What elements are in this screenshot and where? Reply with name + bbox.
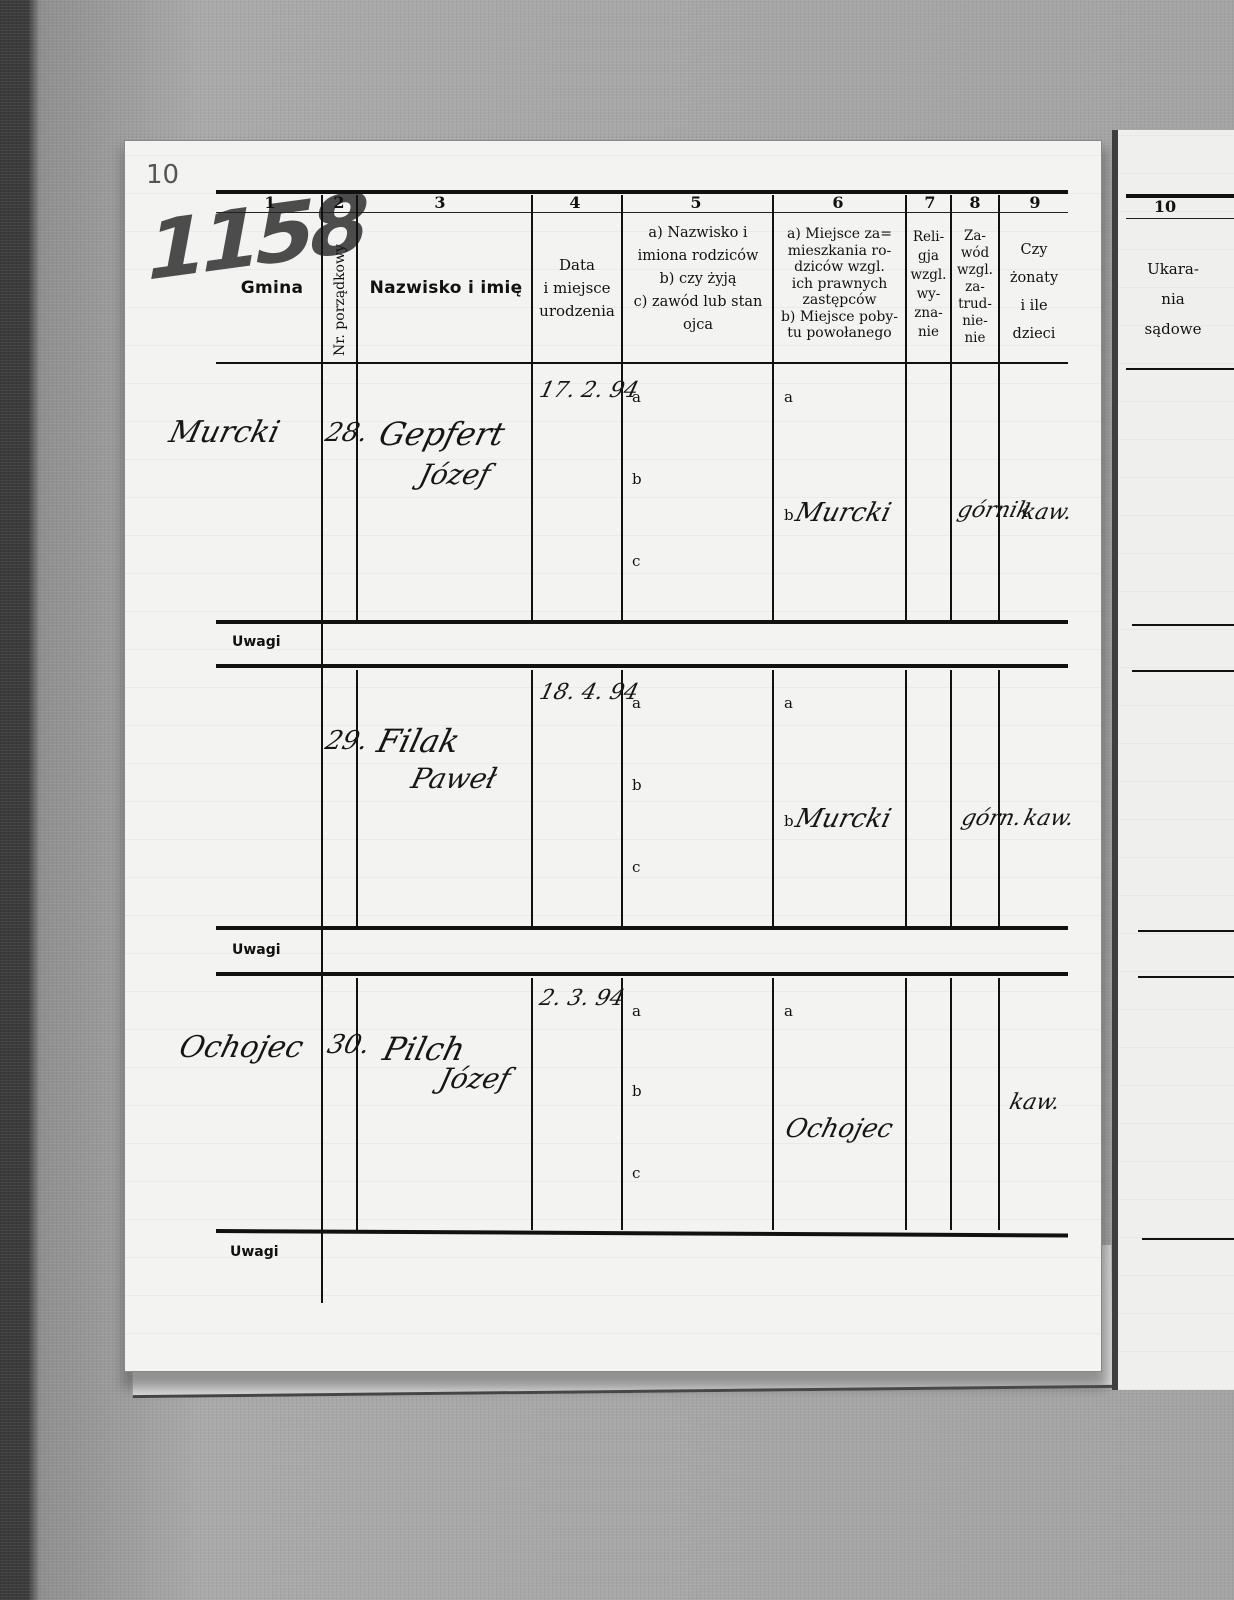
- subfield-b: b: [784, 812, 794, 830]
- col-number-2: 2: [326, 193, 352, 212]
- col-number-10: 10: [1140, 197, 1190, 216]
- remarks-label: Uwagi: [232, 942, 281, 958]
- header-line: trud-: [951, 296, 999, 313]
- entry-occupation: górn.: [959, 806, 1024, 831]
- header-line: dzieci: [1000, 320, 1068, 348]
- facing-header-bottom-rule: [1126, 368, 1234, 370]
- col-header-religion: Reli- gja wzgl. wy- zna- nie: [906, 228, 951, 342]
- facing-rule: [1138, 930, 1234, 932]
- entry-birth-date: 17. 2. 94: [537, 378, 641, 403]
- facing-rule: [1142, 1238, 1234, 1240]
- col-header-residence: a) Miejsce za= mieszkania ro- dziców wzg…: [773, 226, 906, 342]
- header-line: Data: [533, 254, 621, 277]
- entry-given-name: Józef: [416, 458, 494, 491]
- subfield-a: a: [784, 1002, 793, 1020]
- entry-birth-date: 18. 4. 94: [537, 680, 641, 705]
- header-line: urodzenia: [533, 300, 621, 323]
- header-line: i ile: [1000, 292, 1068, 320]
- col-divider-2-3-row3: [356, 978, 358, 1230]
- col-divider-3-4-row3: [531, 978, 533, 1230]
- col-header-married: Czy żonaty i ile dzieci: [1000, 236, 1068, 348]
- subfield-a: a: [784, 694, 793, 712]
- col-divider-6-7-row3: [905, 978, 907, 1230]
- col-divider-8-9-row3: [998, 978, 1000, 1230]
- col-number-5: 5: [676, 193, 716, 212]
- header-line: Reli-: [906, 228, 951, 247]
- col-header-nr: Nr. porządkowy: [332, 244, 348, 356]
- header-line: nia: [1128, 284, 1218, 314]
- header-line: nie-: [951, 313, 999, 330]
- facing-number-rule: [1126, 218, 1234, 219]
- subfield-a: a: [784, 388, 793, 406]
- subfield-b: b: [632, 1082, 642, 1100]
- header-line: sądowe: [1128, 314, 1218, 344]
- col-number-7: 7: [910, 193, 950, 212]
- entry-residence-b: Ochojec: [782, 1114, 896, 1144]
- header-line: wy-: [906, 285, 951, 304]
- col-divider-5-6-row3: [772, 978, 774, 1230]
- entry-surname: Gepfert: [375, 415, 508, 453]
- entry-bottom-rule: [216, 620, 1068, 624]
- pencil-page-number: 10: [146, 160, 179, 190]
- header-bottom-rule: [216, 362, 1068, 364]
- entry-married: kaw.: [1019, 500, 1075, 525]
- entry-gmina: Ochojec: [176, 1030, 307, 1065]
- subfield-c: c: [632, 858, 640, 876]
- col-header-convictions: Ukara- nia sądowe: [1128, 254, 1218, 344]
- header-line: nie: [951, 330, 999, 347]
- col-header-parents: a) Nazwisko i imiona rodziców b) czy żyj…: [622, 222, 774, 337]
- col-number-6: 6: [818, 193, 858, 212]
- entry-married: kaw.: [1007, 1090, 1063, 1115]
- col-number-3: 3: [420, 193, 460, 212]
- col-header-occupation: Za- wód wzgl. za- trud- nie- nie: [951, 228, 999, 347]
- col-number-9: 9: [1010, 193, 1060, 212]
- header-line: dziców wzgl.: [773, 259, 906, 276]
- subfield-c: c: [632, 1164, 640, 1182]
- col-divider-1-2: [321, 195, 323, 1303]
- header-line: wzgl.: [906, 266, 951, 285]
- entry-residence-b: Murcki: [792, 804, 894, 834]
- header-line: wzgl.: [951, 262, 999, 279]
- remarks-label: Uwagi: [232, 634, 281, 650]
- col-divider-5-6-row2: [772, 670, 774, 926]
- header-line: c) zawód lub stan: [622, 291, 774, 314]
- entry-given-name: Paweł: [408, 762, 500, 795]
- subfield-a: a: [632, 1002, 641, 1020]
- subfield-c: c: [632, 552, 640, 570]
- header-line: b) czy żyją: [622, 268, 774, 291]
- subfield-a: a: [632, 388, 641, 406]
- header-number-rule: [216, 212, 1068, 213]
- entry-surname: Filak: [373, 722, 464, 760]
- col-divider-2-3-row2: [356, 670, 358, 926]
- header-line: i miejsce: [533, 277, 621, 300]
- col-divider-6-7-row2: [905, 670, 907, 926]
- col-divider-7-8-row3: [950, 978, 952, 1230]
- header-line: ojca: [622, 314, 774, 337]
- header-line: mieszkania ro-: [773, 243, 906, 260]
- subfield-b: b: [632, 470, 642, 488]
- entry-bottom-rule: [216, 926, 1068, 930]
- col-header-name: Nazwisko i imię: [364, 280, 528, 297]
- header-line: imiona rodziców: [622, 245, 774, 268]
- entry-given-name: Józef: [436, 1062, 514, 1095]
- header-line: a) Nazwisko i: [622, 222, 774, 245]
- col-number-8: 8: [955, 193, 995, 212]
- header-line: ich prawnych: [773, 276, 906, 293]
- header-line: nie: [906, 323, 951, 342]
- remarks-label: Uwagi: [230, 1244, 279, 1260]
- facing-rule: [1132, 670, 1234, 672]
- col-divider-3-4-row2: [531, 670, 533, 926]
- header-line: żonaty: [1000, 264, 1068, 292]
- header-line: za-: [951, 279, 999, 296]
- header-line: zastępców: [773, 292, 906, 309]
- header-line: Za-: [951, 228, 999, 245]
- header-line: wód: [951, 245, 999, 262]
- header-line: Czy: [1000, 236, 1068, 264]
- col-header-birth: Data i miejsce urodzenia: [533, 254, 621, 323]
- facing-rule: [1132, 624, 1234, 626]
- subfield-a: a: [632, 694, 641, 712]
- header-line: gja: [906, 247, 951, 266]
- col-divider-7-8-row2: [950, 670, 952, 926]
- col-header-gmina: Gmina: [232, 280, 312, 297]
- entry-nr: 30.: [324, 1030, 373, 1060]
- remarks-bottom-rule: [216, 972, 1068, 976]
- header-line: a) Miejsce za=: [773, 226, 906, 243]
- entry-gmina: Murcki: [166, 415, 284, 450]
- entry-nr: 28.: [322, 418, 371, 448]
- entry-birth-date: 2. 3. 94: [537, 986, 627, 1011]
- header-line: tu powołanego: [773, 325, 906, 342]
- header-line: zna-: [906, 304, 951, 323]
- col-divider-8-9-row2: [998, 670, 1000, 926]
- header-line: Ukara-: [1128, 254, 1218, 284]
- col-divider-4-5-row3: [621, 978, 623, 1230]
- col-divider-2-3: [356, 195, 358, 620]
- entry-married: kaw.: [1021, 806, 1077, 831]
- subfield-b: b: [632, 776, 642, 794]
- remarks-bottom-rule: [216, 664, 1068, 668]
- entry-residence-b: Murcki: [792, 498, 894, 528]
- col-number-1: 1: [250, 193, 290, 212]
- col-divider-4-5-row2: [621, 670, 623, 926]
- header-line: b) Miejsce poby-: [773, 309, 906, 326]
- subfield-b: b: [784, 506, 794, 524]
- facing-rule: [1138, 976, 1234, 978]
- col-number-4: 4: [555, 193, 595, 212]
- entry-nr: 29.: [322, 726, 371, 756]
